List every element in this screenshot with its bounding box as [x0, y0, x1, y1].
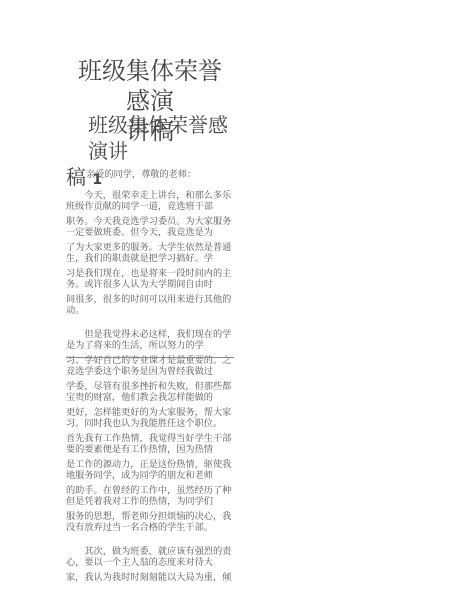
paragraph-line: 没有放弃过当一名合格的学生干部。 — [66, 522, 232, 533]
paragraph-2: 但是我觉得未必这样，我们现在的学习就 是为了将来的生活，所以努力的学 习、学好自… — [66, 329, 232, 533]
paragraph-line: 家，我认为我时时刻刻能以大局为重，倾听同 — [66, 572, 232, 583]
paragraph-line: 动。 — [66, 305, 232, 316]
paragraph-line: 竞选学委这个职务是因为曾经我做过 — [66, 366, 232, 377]
paragraph-line: 习。同时我也认为我能胜任这个职位。 — [66, 418, 232, 429]
paragraph-line: 心，要以一个主人翁的态度来对待大 — [66, 557, 232, 568]
body-text: 亲爱的同学，尊敬的老师： 今天，很荣幸走上讲台，和那么多乐意为 班级作贡献的同学… — [66, 169, 232, 583]
paragraph-line: 生，我们的职责就是把学习搞好。学 — [66, 253, 232, 264]
paragraph-line: 但是凭着我对工作的热情，为同学们 — [66, 496, 232, 507]
paragraph-line: 间很多，很多的时间可以用来进行其他的活 — [66, 294, 232, 305]
paragraph-line: 的助手。在曾经的工作中，虽然经历了种种， — [66, 485, 232, 496]
paragraph-line: 地服务同学，成为同学的朋友和老师 — [66, 470, 232, 481]
paragraph-line: 了为大家更多的服务。大学生依然是普通的学 — [66, 242, 232, 253]
paragraph-line: 职务。今天我竞选学习委员。为大家服务，不 — [66, 216, 232, 227]
paragraph-3: 其次，做为班委，就应该有强烈的责任 心，要以一个主人翁的态度来对待大 家，我认为… — [66, 546, 232, 583]
paragraph-line: 今天，很荣幸走上讲台，和那么多乐意为 — [66, 190, 232, 201]
paragraph-line: 班级作贡献的同学一道，竞选班干部 — [66, 201, 232, 212]
paragraph-line: 其次，做为班委，就应该有强烈的责任 — [66, 546, 232, 557]
paragraph-line: 是为了将来的生活，所以努力的学 — [66, 340, 232, 351]
greeting: 亲爱的同学，尊敬的老师： — [66, 169, 232, 180]
paragraph-1: 今天，很荣幸走上讲台，和那么多乐意为 班级作贡献的同学一道，竞选班干部 职务。今… — [66, 190, 232, 316]
paragraph-line: 学委，尽管有很多挫折和失败，但那些都是我 — [66, 381, 232, 392]
page-divider-line — [66, 357, 234, 358]
paragraph-line: 服务的思想，帮老师分担烦恼的决心，我从来 — [66, 511, 232, 522]
paragraph-line: 一定要做班委。但今天，我竞选是为 — [66, 227, 232, 238]
paragraph-line: 要的要素便是有工作热情，因为热情 — [66, 444, 232, 455]
paragraph-line: 宝贵的财富，他们教会我怎样能做的 — [66, 392, 232, 403]
paragraph-line: 是工作的源动力，正是这份热情，驱使我主动 — [66, 459, 232, 470]
paragraph-line: 首先我有工作热情，我觉得当好学生干部最首 — [66, 433, 232, 444]
document-page: 班级集体荣誉感演 讲稿 班级集体荣誉感演讲 稿 1 亲爱的同学，尊敬的老师： 今… — [0, 0, 463, 600]
section-heading-line-1: 班级集体荣誉感演讲 — [66, 112, 236, 164]
paragraph-line: 务。或许很多人认为大学期间自由时 — [66, 279, 232, 290]
paragraph-line: 但是我觉得未必这样，我们现在的学习就 — [66, 329, 232, 340]
title-line-1: 班级集体荣誉感演 — [70, 56, 230, 116]
paragraph-line: 更好，怎样能更好的为大家服务，帮大家学 — [66, 407, 232, 418]
paragraph-line: 习是我们现在，也是将来一段时间内的主要任 — [66, 268, 232, 279]
